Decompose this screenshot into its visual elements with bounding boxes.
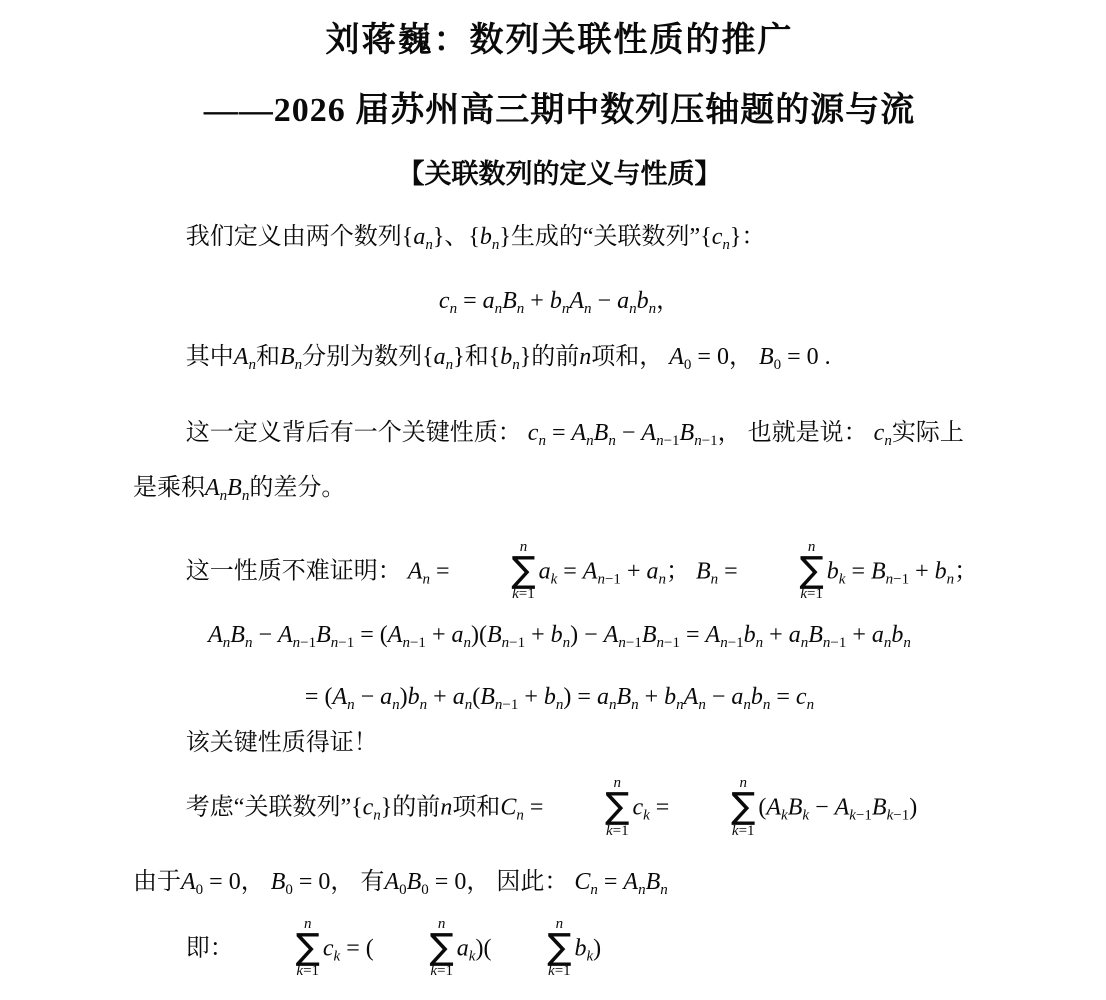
paragraph-consider-partial-sum: 考虑“关联数列”{cn}的前n项和Cn = n∑k=1ck = n∑k=1(Ak… [133,776,986,842]
paragraph-key-property-line2: 是乘积AnBn的差分。 [133,461,986,516]
doc-title-line2: ——2026 届苏州高三期中数列压轴题的源与流 [133,88,986,134]
formula-cn-definition: cn = anBn + bnAn − anbn， [133,282,986,320]
formula-final-identity: 即： n∑k=1ck = (n∑k=1ak)(n∑k=1bk) [133,917,986,983]
paragraph-proof-setup: 这一性质不难证明： An = n∑k=1ak = An−1 + an； Bn =… [133,540,986,606]
paragraph-proved-statement: 该关键性质得证！ [133,724,986,762]
doc-title-line1: 刘蒋巍：数列关联性质的推广 [133,18,986,64]
formula-expansion-line1: AnBn − An−1Bn−1 = (An−1 + an)(Bn−1 + bn)… [133,616,986,654]
section-heading: 【关联数列的定义与性质】 [133,156,986,192]
document-page: 刘蒋巍：数列关联性质的推广 ——2026 届苏州高三期中数列压轴题的源与流 【关… [0,0,1106,1000]
paragraph-key-property-line1: 这一定义背后有一个关键性质： cn = AnBn − An−1Bn−1， 也就是… [133,406,986,461]
paragraph-definition-intro: 我们定义由两个数列{an}、{bn}生成的“关联数列”{cn}： [133,218,986,256]
paragraph-key-property: 这一定义背后有一个关键性质： cn = AnBn − An−1Bn−1， 也就是… [133,406,986,516]
formula-expansion-line2: = (An − an)bn + an(Bn−1 + bn) = anBn + b… [133,678,986,716]
paragraph-where-clause: 其中An和Bn分别为数列{an}和{bn}的前n项和， A0 = 0， B0 =… [133,338,986,376]
paragraph-since-conclusion: 由于A0 = 0， B0 = 0， 有A0B0 = 0， 因此： Cn = An… [133,863,986,901]
